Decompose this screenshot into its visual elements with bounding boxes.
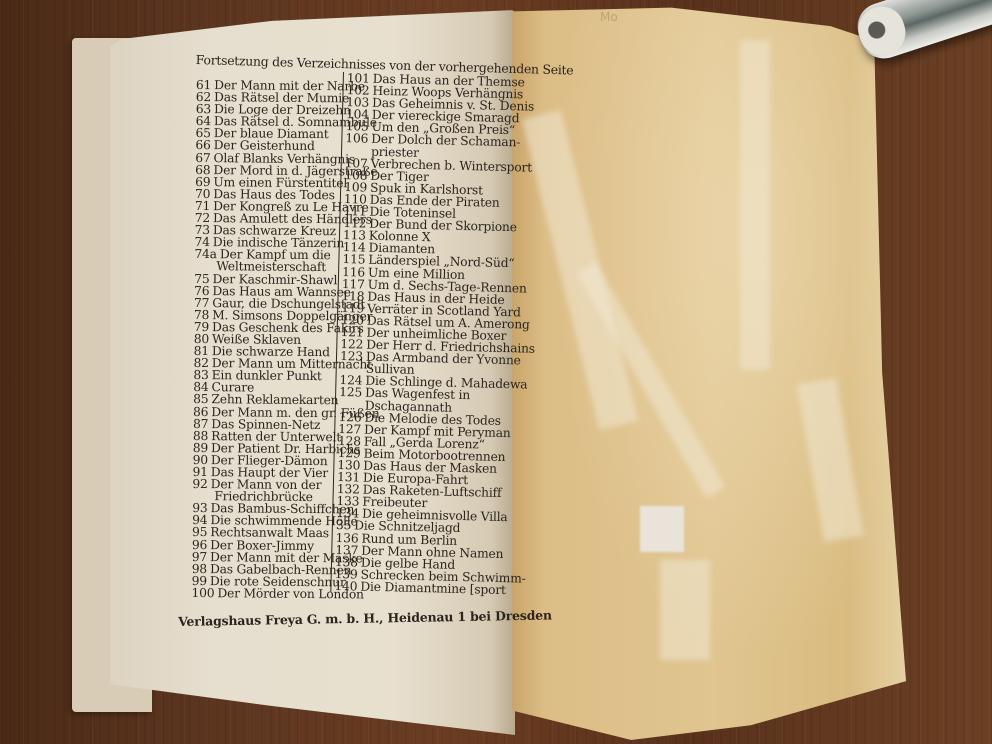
title-list-right: 101Das Haus an der Themse 102Heinz Woops… [330,72,512,596]
issue-number: 74a [194,248,216,260]
issue-number: 123 [340,350,363,363]
issue-number: 85 [193,393,208,405]
issue-number: 75 [194,272,209,284]
issue-number: 100 [191,587,214,599]
issue-number: 67 [195,152,210,164]
issue-number: 76 [194,285,209,297]
paper-repair-patch [640,506,684,552]
fountain-pen [851,0,992,65]
list-item: 100Der Mörder von London [191,587,351,600]
issue-number: 125 [339,386,362,399]
issue-number: 95 [192,526,207,538]
issue-number: 87 [193,418,208,430]
page-stain [740,40,770,370]
handwritten-mark: Mo [600,10,618,24]
issue-number: 140 [334,580,357,593]
page-stain [660,560,710,660]
right-page [512,4,910,740]
issue-number: 96 [192,539,207,551]
issue-number: 86 [193,406,208,418]
issue-number: 35 [336,519,352,531]
issue-number: 66 [195,139,210,151]
issue-number: 92 [192,478,207,490]
issue-number: 106 [345,133,368,146]
